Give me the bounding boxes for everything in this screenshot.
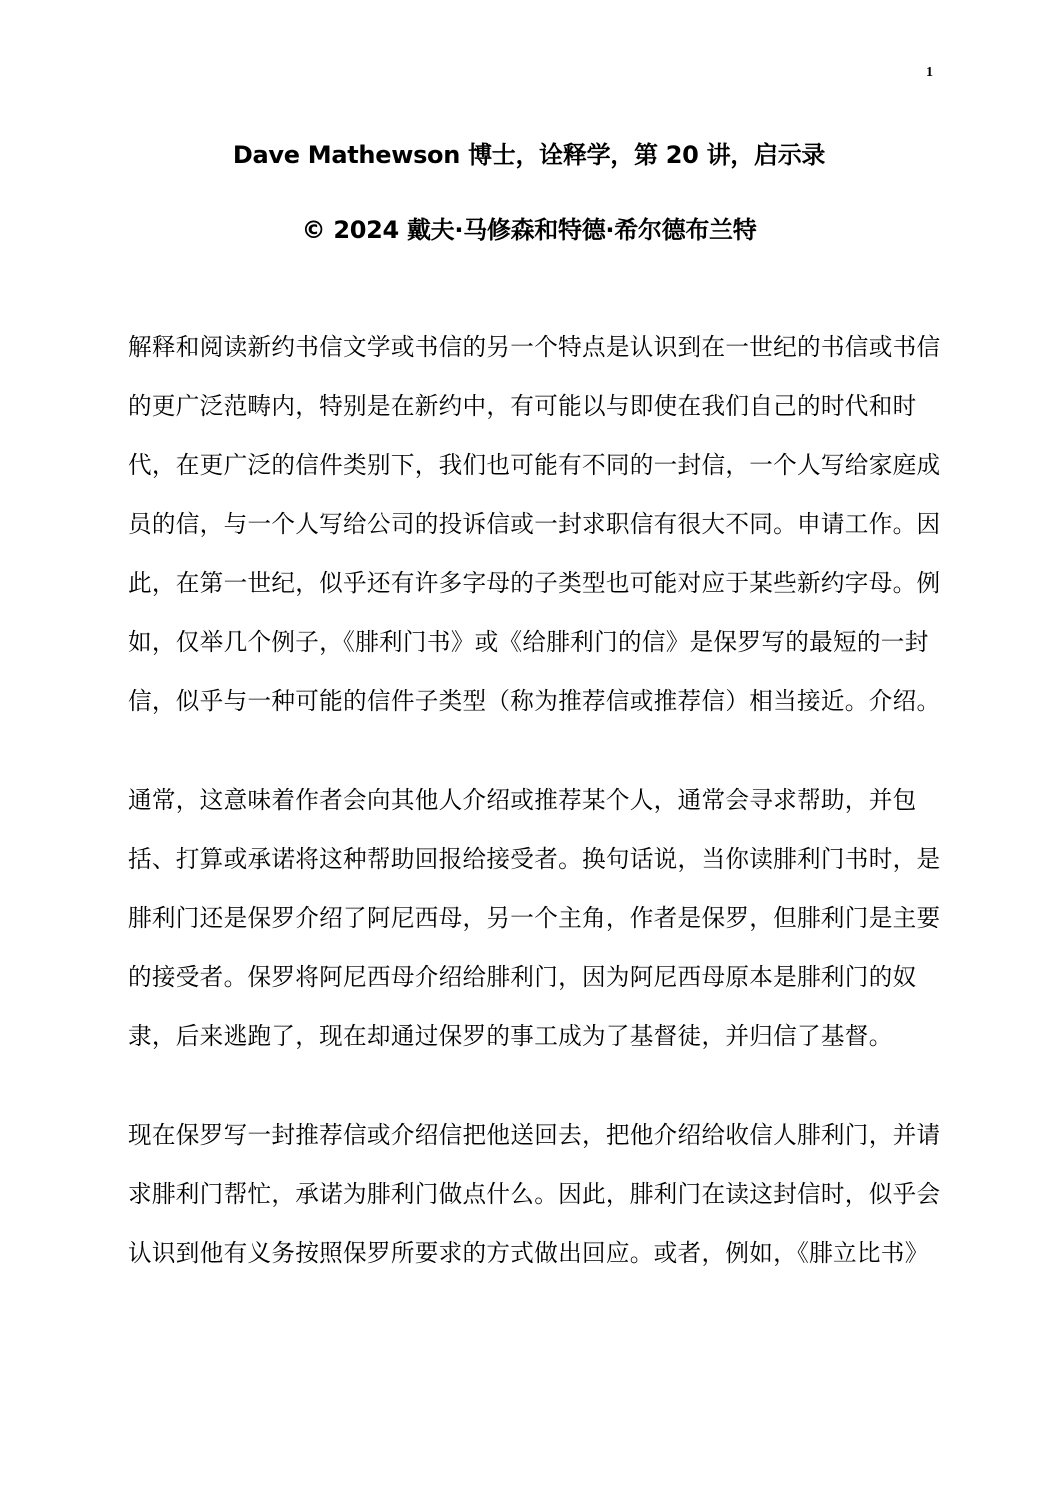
text-line: 如，仅举几个例子，《腓利门书》或《给腓利门的信》是保罗写的最短的一封 xyxy=(128,613,918,672)
text-line: 的更广泛范畴内，特别是在新约中，有可能以与即使在我们自己的时代和时 xyxy=(128,377,918,436)
text-line: 求腓利门帮忙，承诺为腓利门做点什么。因此，腓利门在读这封信时，似乎会 xyxy=(128,1165,918,1224)
copyright-line: © 2024 戴夫·马修森和特德·希尔德布兰特 xyxy=(0,215,1058,245)
text-line: 认识到他有义务按照保罗所要求的方式做出回应。或者，例如，《腓立比书》 xyxy=(128,1224,918,1283)
text-line: 腓利门还是保罗介绍了阿尼西母，另一个主角，作者是保罗，但腓利门是主要 xyxy=(128,889,918,948)
text-line: 此，在第一世纪，似乎还有许多字母的子类型也可能对应于某些新约字母。例 xyxy=(128,554,918,613)
text-line: 代，在更广泛的信件类别下，我们也可能有不同的一封信，一个人写给家庭成 xyxy=(128,436,918,495)
text-line: 解释和阅读新约书信文学或书信的另一个特点是认识到在一世纪的书信或书信 xyxy=(128,318,918,377)
page-number: 1 xyxy=(926,64,933,82)
text-line: 信，似乎与一种可能的信件子类型（称为推荐信或推荐信）相当接近。介绍。 xyxy=(128,672,918,731)
document-title: Dave Mathewson 博士，诠释学，第 20 讲，启示录 xyxy=(0,140,1058,170)
paragraph-3: 现在保罗写一封推荐信或介绍信把他送回去，把他介绍给收信人腓利门，并请 求腓利门帮… xyxy=(128,1106,918,1283)
text-line: 括、打算或承诺将这种帮助回报给接受者。换句话说，当你读腓利门书时，是 xyxy=(128,830,918,889)
text-line: 员的信，与一个人写给公司的投诉信或一封求职信有很大不同。申请工作。因 xyxy=(128,495,918,554)
text-line: 通常，这意味着作者会向其他人介绍或推荐某个人，通常会寻求帮助，并包 xyxy=(128,771,918,830)
paragraph-1: 解释和阅读新约书信文学或书信的另一个特点是认识到在一世纪的书信或书信 的更广泛范… xyxy=(128,318,918,731)
text-line: 的接受者。保罗将阿尼西母介绍给腓利门，因为阿尼西母原本是腓利门的奴 xyxy=(128,948,918,1007)
document-header: Dave Mathewson 博士，诠释学，第 20 讲，启示录 © 2024 … xyxy=(0,140,1058,245)
text-line: 现在保罗写一封推荐信或介绍信把他送回去，把他介绍给收信人腓利门，并请 xyxy=(128,1106,918,1165)
paragraph-2: 通常，这意味着作者会向其他人介绍或推荐某个人，通常会寻求帮助，并包 括、打算或承… xyxy=(128,771,918,1066)
text-line: 隶，后来逃跑了，现在却通过保罗的事工成为了基督徒，并归信了基督。 xyxy=(128,1007,918,1066)
document-body: 解释和阅读新约书信文学或书信的另一个特点是认识到在一世纪的书信或书信 的更广泛范… xyxy=(128,318,918,1323)
